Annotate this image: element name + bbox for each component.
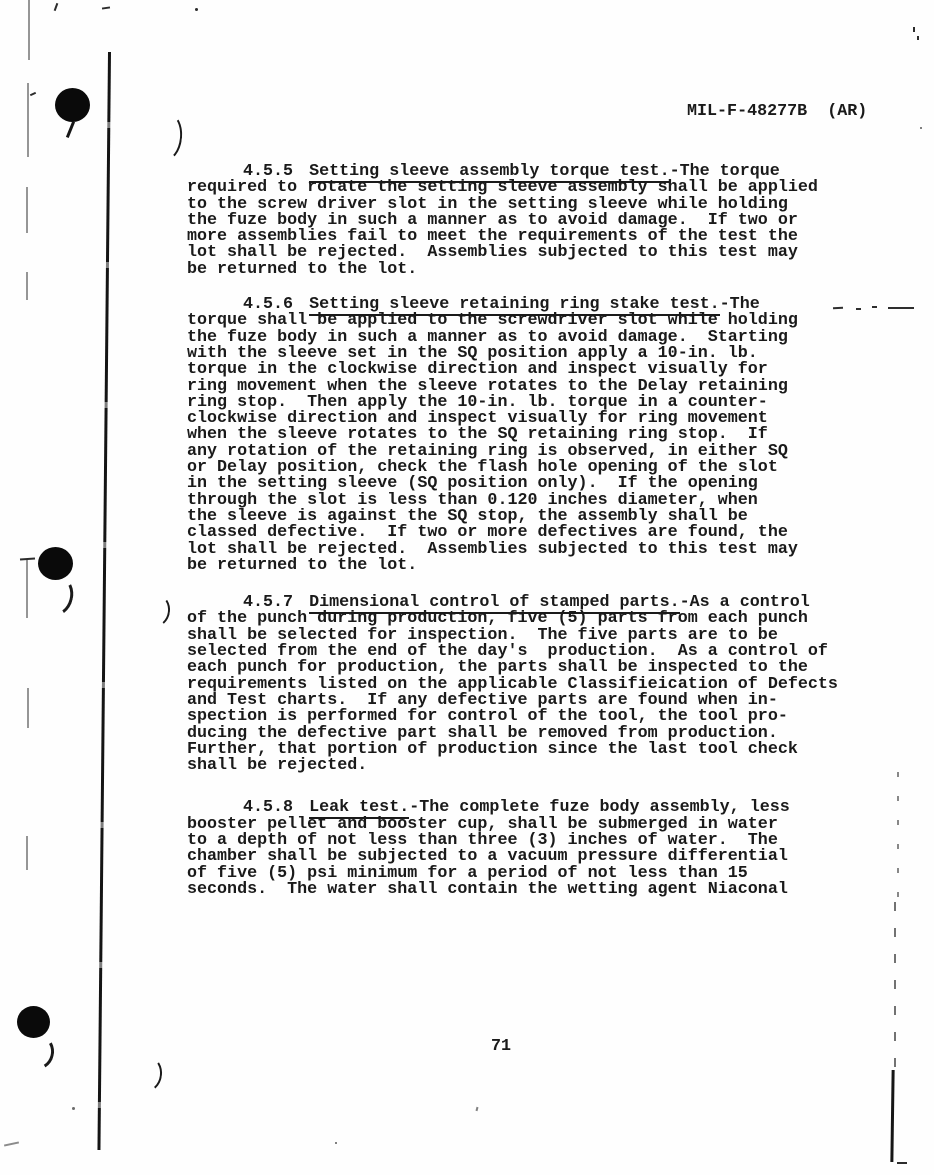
scanned-document-page: MIL-F-48277B (AR) 4.5.5Setting sleeve as… [0,0,934,1175]
left-edge-scan-line [28,0,30,60]
hole-punch-top-tail-mark [66,121,75,138]
document-body: 4.5.5Setting sleeve assembly torque test… [187,164,897,917]
stray-dash-mark [888,307,914,309]
scan-speck [30,92,36,96]
paren-pen-mark-bottom [130,1054,165,1094]
scan-speck [335,1142,337,1144]
paren-pen-mark-middle [140,592,172,629]
page-number: 71 [491,1037,511,1056]
hole-punch-middle [38,547,73,580]
section-4-5-5: 4.5.5Setting sleeve assembly torque test… [187,164,897,278]
right-edge-scan-line [897,772,899,900]
scan-speck [4,1141,19,1146]
hole-punch-bottom-tail-mark [16,1030,58,1073]
left-edge-scan-line [27,83,29,157]
scan-speck [54,3,59,11]
section-4-5-7: 4.5.7Dimensional control of stamped part… [187,595,897,774]
scan-speck [920,127,922,129]
left-edge-scan-line [26,560,28,618]
left-edge-scan-line [26,187,28,233]
scan-speck [476,1107,479,1111]
section-4-5-8: 4.5.8Leak test.-The complete fuze body a… [187,800,897,898]
scan-speck [195,8,198,11]
hole-punch-middle-tail-mark [37,573,78,620]
section-text: of the punch during production, five (5)… [187,611,897,774]
stray-dash-mark [856,308,861,310]
binding-line [97,52,110,1150]
scan-speck [917,36,919,40]
section-text: torque shall be applied to the screwdriv… [187,313,897,574]
section-text: required to rotate the setting sleeve as… [187,180,897,278]
paren-pen-mark-top [150,112,185,163]
scan-speck [20,557,35,560]
right-edge-scan-line [894,902,896,1072]
scan-speck [913,27,915,32]
stray-dash-mark [872,306,877,308]
section-text: booster pellet and booster cup, shall be… [187,817,897,898]
left-edge-scan-line [27,688,29,728]
hole-punch-top [55,88,90,122]
right-edge-scan-line [890,1070,894,1162]
section-4-5-6: 4.5.6Setting sleeve retaining ring stake… [187,297,897,574]
scan-speck [72,1107,75,1110]
left-edge-scan-line [26,836,28,870]
scan-speck [897,1162,907,1164]
left-edge-scan-line [26,272,28,300]
document-id-header: MIL-F-48277B (AR) [687,102,867,121]
scan-speck [102,6,110,9]
